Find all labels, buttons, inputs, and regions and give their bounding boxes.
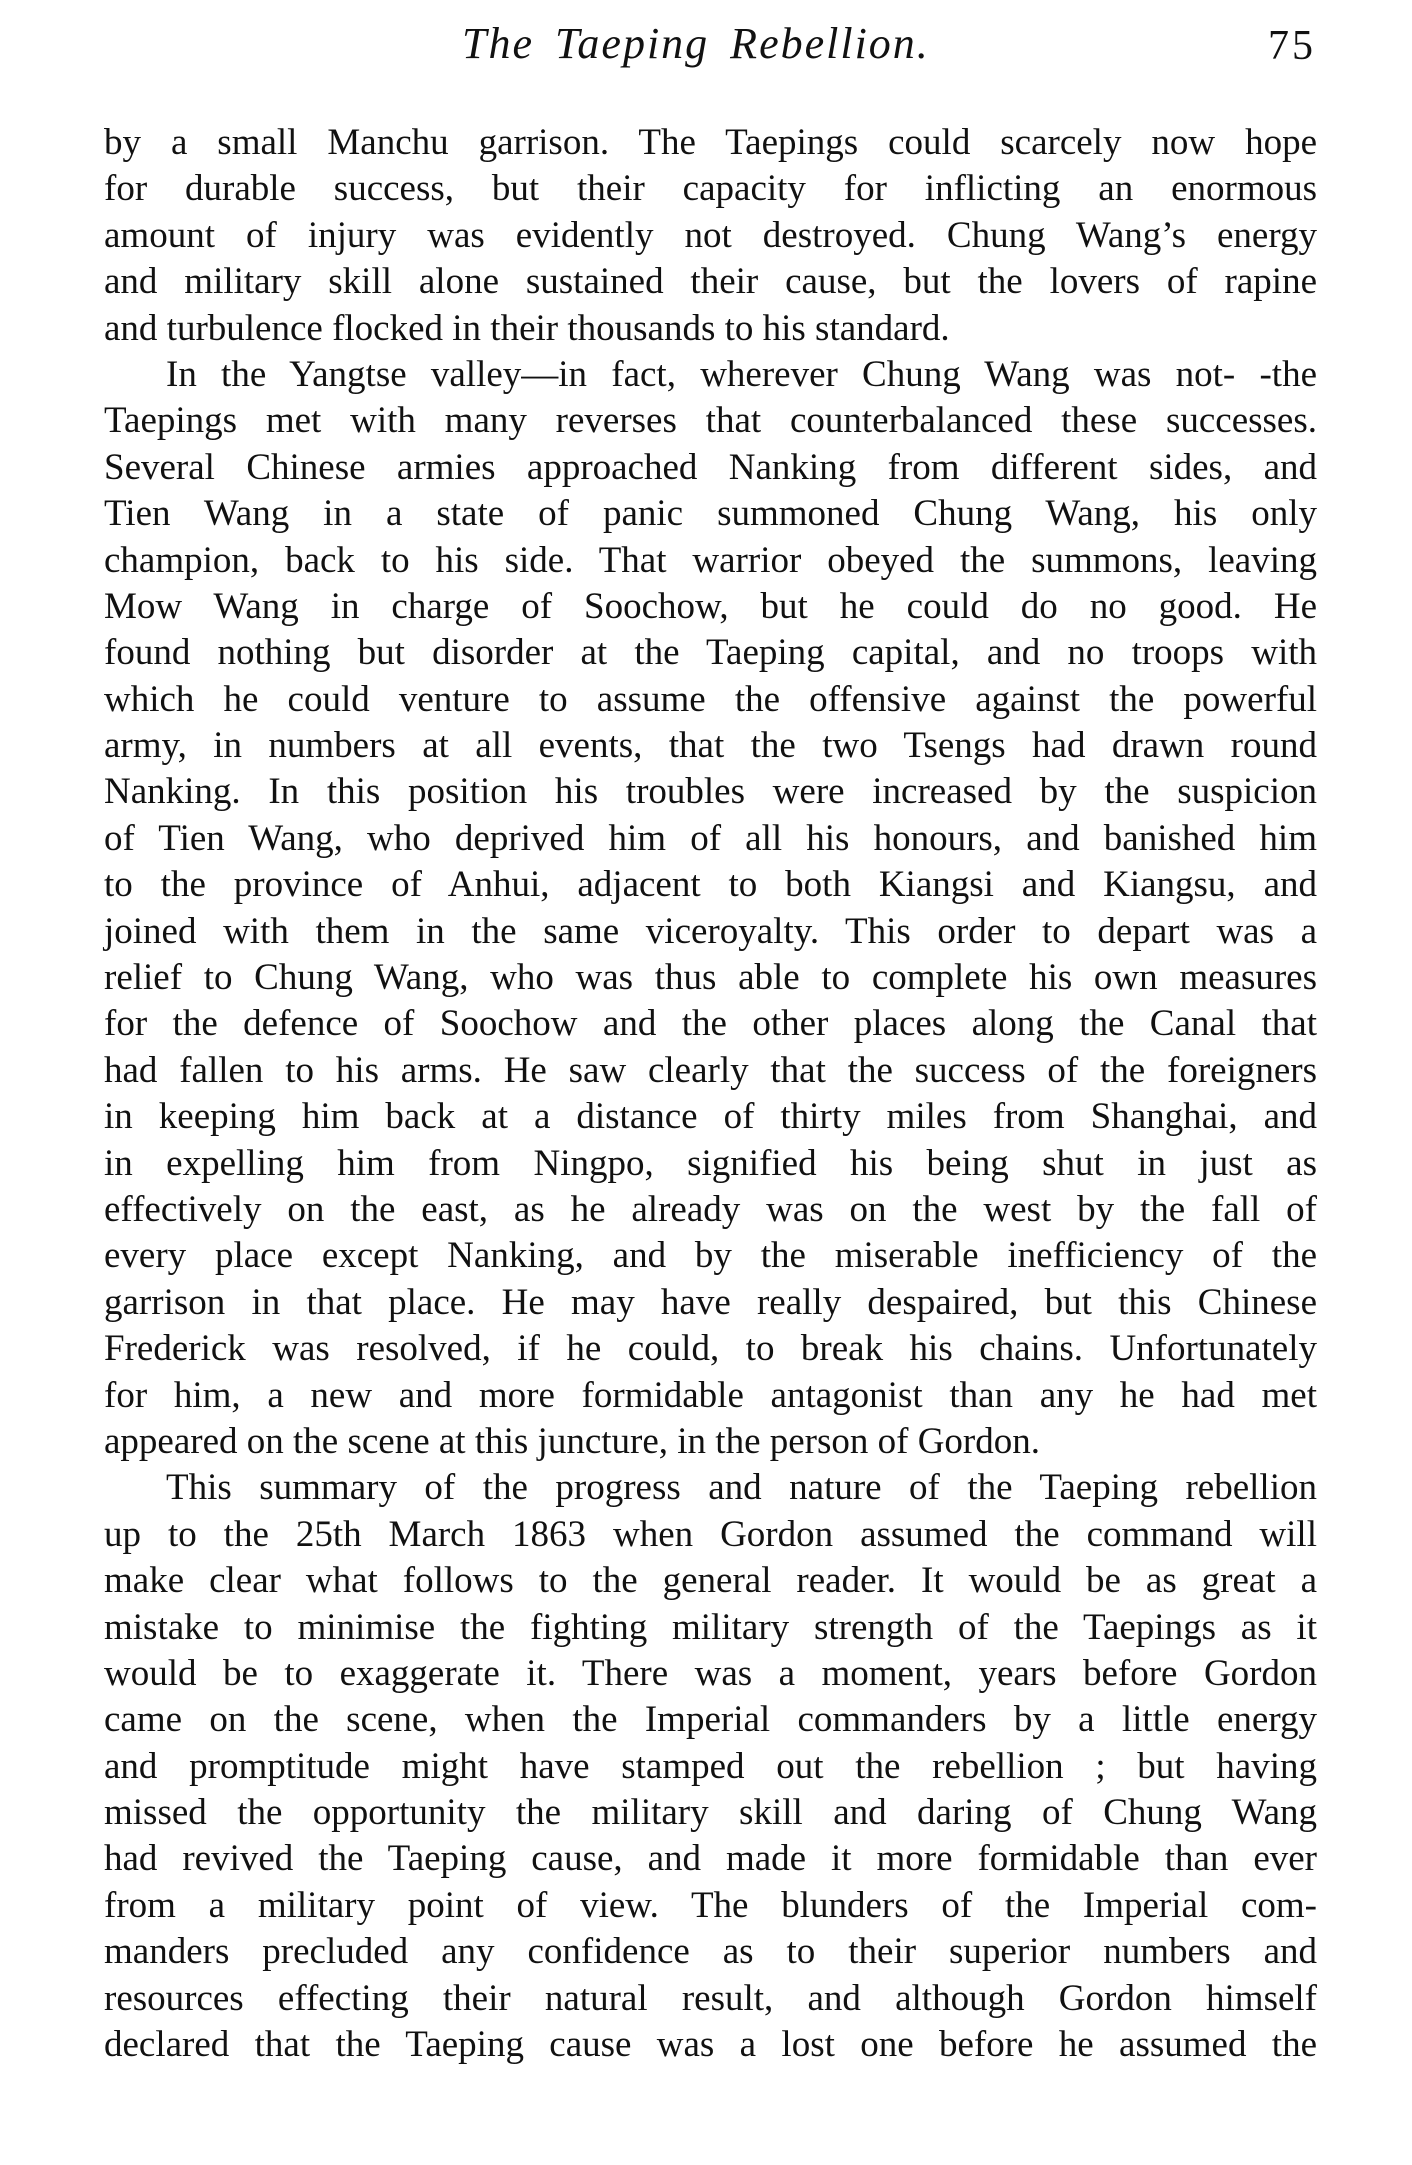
- text-line: had revived the Taeping cause, and made …: [104, 1836, 1317, 1882]
- text-line: every place except Nanking, and by the m…: [104, 1233, 1317, 1279]
- text-line: for him, a new and more formidable antag…: [104, 1373, 1317, 1419]
- text-line: of Tien Wang, who deprived him of all hi…: [104, 816, 1317, 862]
- running-head-title: The Taeping Rebellion.: [462, 18, 930, 69]
- text-line: from a military point of view. The blund…: [104, 1883, 1317, 1929]
- text-line: declared that the Taeping cause was a lo…: [104, 2022, 1317, 2068]
- text-line: found nothing but disorder at the Taepin…: [104, 630, 1317, 676]
- text-line: and promptitude might have stamped out t…: [104, 1744, 1317, 1790]
- text-line: champion, back to his side. That warrior…: [104, 538, 1317, 584]
- text-line: relief to Chung Wang, who was thus able …: [104, 955, 1317, 1001]
- text-line: which he could venture to assume the off…: [104, 677, 1317, 723]
- text-line: army, in numbers at all events, that the…: [104, 723, 1317, 769]
- text-line: garrison in that place. He may have real…: [104, 1280, 1317, 1326]
- paragraph-3: This summary of the progress and nature …: [104, 1465, 1317, 2068]
- text-line: had fallen to his arms. He saw clearly t…: [104, 1048, 1317, 1094]
- paragraph-1: by a small Manchu garrison. The Taepings…: [104, 120, 1317, 352]
- text-line: Tien Wang in a state of panic summoned C…: [104, 491, 1317, 537]
- text-line: in keeping him back at a distance of thi…: [104, 1094, 1317, 1140]
- text-line: amount of injury was evidently not destr…: [104, 213, 1317, 259]
- text-line: In the Yangtse valley—in fact, wherever …: [104, 352, 1317, 398]
- text-line: for the defence of Soochow and the other…: [104, 1001, 1317, 1047]
- text-line: to the province of Anhui, adjacent to bo…: [104, 862, 1317, 908]
- text-line: resources effecting their natural result…: [104, 1976, 1317, 2022]
- text-line: and military skill alone sustained their…: [104, 259, 1317, 305]
- text-line: Nanking. In this position his troubles w…: [104, 769, 1317, 815]
- text-line: by a small Manchu garrison. The Taepings…: [104, 120, 1317, 166]
- text-line: joined with them in the same viceroyalty…: [104, 909, 1317, 955]
- text-line: missed the opportunity the military skil…: [104, 1790, 1317, 1836]
- text-line: and turbulence flocked in their thousand…: [104, 306, 1317, 352]
- body-text: by a small Manchu garrison. The Taepings…: [104, 120, 1317, 2068]
- text-line: Mow Wang in charge of Soochow, but he co…: [104, 584, 1317, 630]
- text-line: manders precluded any confidence as to t…: [104, 1929, 1317, 1975]
- text-line: This summary of the progress and nature …: [104, 1465, 1317, 1511]
- running-head: The Taeping Rebellion. 75: [0, 0, 1412, 90]
- text-line: mistake to minimise the fighting militar…: [104, 1605, 1317, 1651]
- text-line: make clear what follows to the general r…: [104, 1558, 1317, 1604]
- text-line: would be to exaggerate it. There was a m…: [104, 1651, 1317, 1697]
- text-line: Several Chinese armies approached Nankin…: [104, 445, 1317, 491]
- text-line: appeared on the scene at this juncture, …: [104, 1419, 1317, 1465]
- text-line: Frederick was resolved, if he could, to …: [104, 1326, 1317, 1372]
- text-line: up to the 25th March 1863 when Gordon as…: [104, 1512, 1317, 1558]
- text-line: Taepings met with many reverses that cou…: [104, 398, 1317, 444]
- page-number: 75: [1268, 22, 1316, 70]
- text-line: in expelling him from Ningpo, signified …: [104, 1141, 1317, 1187]
- text-line: effectively on the east, as he already w…: [104, 1187, 1317, 1233]
- paragraph-2: In the Yangtse valley—in fact, wherever …: [104, 352, 1317, 1465]
- text-line: for durable success, but their capacity …: [104, 166, 1317, 212]
- text-line: came on the scene, when the Imperial com…: [104, 1697, 1317, 1743]
